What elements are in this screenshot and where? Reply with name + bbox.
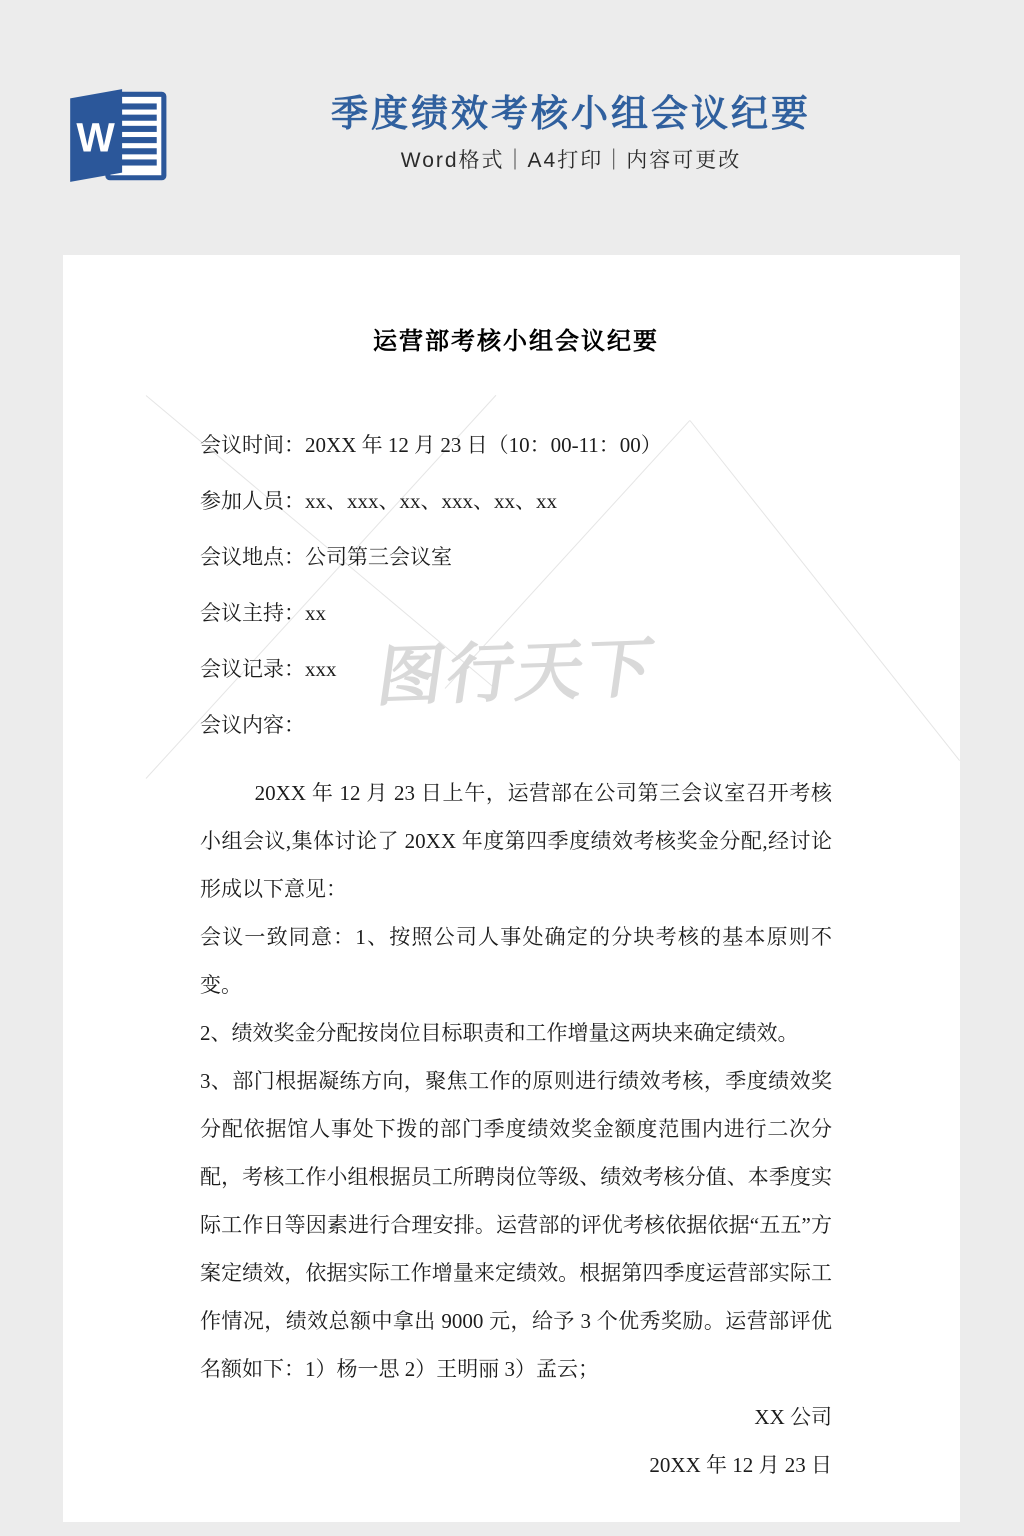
page-subtitle: Word格式｜A4打印｜内容可更改 xyxy=(118,149,1024,173)
meta-line-participants: 参加人员：xx、xxx、xx、xxx、xx、xx xyxy=(200,489,832,513)
meta-line-content-label: 会议内容： xyxy=(200,713,832,737)
paragraph: 20XX 年 12 月 23 日上午，运营部在公司第三会议室召开考核小组会议,集… xyxy=(200,769,832,913)
meta-line-meeting-time: 会议时间：20XX 年 12 月 23 日（10：00-11：00） xyxy=(200,433,832,457)
document-title: 运营部考核小组会议纪要 xyxy=(200,327,832,357)
meta-line-location: 会议地点：公司第三会议室 xyxy=(200,545,832,569)
document-page: 图行天下 运营部考核小组会议纪要 会议时间：20XX 年 12 月 23 日（1… xyxy=(63,255,960,1522)
word-logo-letter: W xyxy=(76,114,115,160)
header-text: 季度绩效考核小组会议纪要 Word格式｜A4打印｜内容可更改 xyxy=(118,92,1024,173)
page-title: 季度绩效考核小组会议纪要 xyxy=(118,92,1024,136)
signature-date: 20XX 年 12 月 23 日 xyxy=(200,1441,832,1489)
signature-company: XX 公司 xyxy=(200,1393,832,1441)
meta-line-recorder: 会议记录：xxx xyxy=(200,657,832,681)
document-content: 运营部考核小组会议纪要 会议时间：20XX 年 12 月 23 日（10：00-… xyxy=(200,327,832,1489)
meta-line-host: 会议主持：xx xyxy=(200,601,832,625)
paragraph: 3、部门根据凝练方向，聚焦工作的原则进行绩效考核，季度绩效奖分配依据馆人事处下拨… xyxy=(200,1057,832,1393)
paragraph: 2、绩效奖金分配按岗位目标职责和工作增量这两块来确定绩效。 xyxy=(200,1009,832,1057)
header: W 季度绩效考核小组会议纪要 Word格式｜A4打印｜内容可更改 xyxy=(0,0,1024,255)
paragraph: 会议一致同意：1、按照公司人事处确定的分块考核的基本原则不变。 xyxy=(200,913,832,1009)
